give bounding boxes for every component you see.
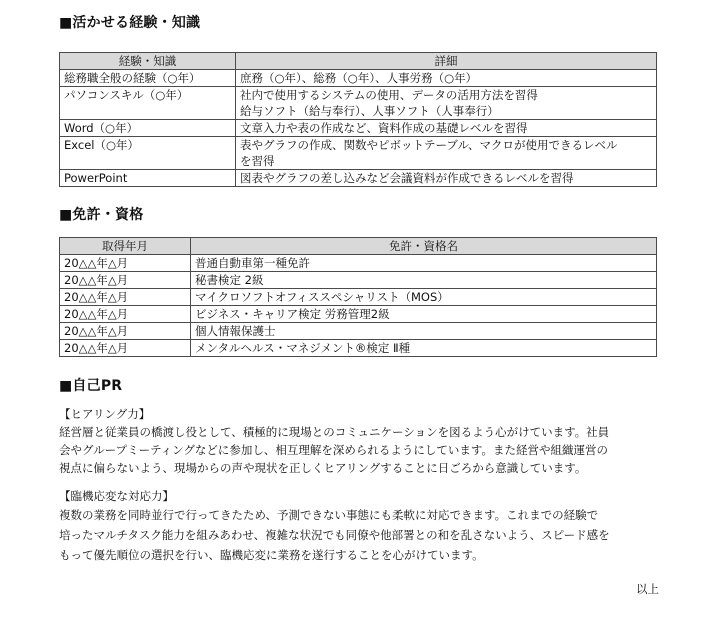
table-header-row: 取得年月 免許・資格名 xyxy=(60,238,657,255)
table-row: PowerPoint 図表やグラフの差し込みなど会議資料が作成できるレベルを習得 xyxy=(60,170,657,187)
table-row: 総務職全般の経験（○年） 庶務（○年）、総務（○年）、人事労務（○年） xyxy=(60,70,657,87)
license-table: 取得年月 免許・資格名 20△△年△月 普通自動車第一種免許 20△△年△月 秘… xyxy=(59,237,657,357)
license-name: 秘書検定 2級 xyxy=(191,272,657,289)
license-name: 普通自動車第一種免許 xyxy=(191,255,657,272)
skill-detail-line: 社内で使用するシステムの使用、データの活用方法を習得 xyxy=(240,87,652,103)
table-row: Word（○年） 文章入力や表の作成など、資料作成の基礎レベルを習得 xyxy=(60,120,657,137)
license-date: 20△△年△月 xyxy=(60,306,191,323)
pr-line: 複数の業務を同時並行で行ってきたため、予測できない事態にも柔軟に対応できます。こ… xyxy=(59,505,659,525)
skill-detail: 表やグラフの作成、関数やピボットテーブル、マクロが使用できるレベル を習得 xyxy=(236,137,657,170)
table-row: 20△△年△月 メンタルヘルス・マネジメント®検定 Ⅱ種 xyxy=(60,340,657,357)
skill-item: 総務職全般の経験（○年） xyxy=(60,70,236,87)
skills-table: 経験・知識 詳細 総務職全般の経験（○年） 庶務（○年）、総務（○年）、人事労務… xyxy=(59,52,657,187)
column-header: 詳細 xyxy=(236,53,657,70)
license-name: メンタルヘルス・マネジメント®検定 Ⅱ種 xyxy=(191,340,657,357)
skill-item: Word（○年） xyxy=(60,120,236,137)
pr-line: 培ったマルチタスク能力を組みあわせ、複雑な状況でも同僚や他部署との和を乱さないよ… xyxy=(59,525,659,545)
license-name: ビジネス・キャリア検定 労務管理2級 xyxy=(191,306,657,323)
closing-text: 以上 xyxy=(636,581,659,597)
skill-detail-line: 表やグラフの作成、関数やピボットテーブル、マクロが使用できるレベル xyxy=(240,137,652,153)
skill-item: パソコンスキル（○年） xyxy=(60,87,236,120)
skill-detail-line: を習得 xyxy=(240,153,652,169)
section-title-self-pr: ■自己PR xyxy=(59,375,122,395)
section-title-licenses: ■免許・資格 xyxy=(59,204,143,224)
license-name: 個人情報保護士 xyxy=(191,323,657,340)
pr-line: もって優先順位の選択を行い、臨機応変に業務を遂行することを心がけています。 xyxy=(59,545,659,565)
license-date: 20△△年△月 xyxy=(60,323,191,340)
skill-detail: 文章入力や表の作成など、資料作成の基礎レベルを習得 xyxy=(236,120,657,137)
column-header: 免許・資格名 xyxy=(191,238,657,255)
table-row: 20△△年△月 秘書検定 2級 xyxy=(60,272,657,289)
table-row: 20△△年△月 マイクロソフトオフィススペシャリスト（MOS） xyxy=(60,289,657,306)
pr-block-flexibility: 【臨機応変な対応力】 複数の業務を同時並行で行ってきたため、予測できない事態にも… xyxy=(59,487,659,565)
pr-line: 視点に偏らないよう、現場からの声や現状を正しくヒアリングすることに日ごろから意識… xyxy=(59,459,659,477)
license-date: 20△△年△月 xyxy=(60,289,191,306)
table-row: 20△△年△月 普通自動車第一種免許 xyxy=(60,255,657,272)
license-name: マイクロソフトオフィススペシャリスト（MOS） xyxy=(191,289,657,306)
table-header-row: 経験・知識 詳細 xyxy=(60,53,657,70)
pr-heading: 【ヒアリング力】 xyxy=(59,405,659,423)
pr-line: 経営層と従業員の橋渡し役として、積極的に現場とのコミュニケーションを図るよう心が… xyxy=(59,423,659,441)
table-row: Excel（○年） 表やグラフの作成、関数やピボットテーブル、マクロが使用できる… xyxy=(60,137,657,170)
skill-item: PowerPoint xyxy=(60,170,236,187)
skill-item: Excel（○年） xyxy=(60,137,236,170)
section-title-skills: ■活かせる経験・知識 xyxy=(59,12,200,32)
skill-detail: 図表やグラフの差し込みなど会議資料が作成できるレベルを習得 xyxy=(236,170,657,187)
skill-detail-line: 給与ソフト（給与奉行）、人事ソフト（人事奉行） xyxy=(240,103,652,119)
pr-block-hearing: 【ヒアリング力】 経営層と従業員の橋渡し役として、積極的に現場とのコミュニケーシ… xyxy=(59,405,659,477)
pr-heading: 【臨機応変な対応力】 xyxy=(59,487,659,505)
table-row: 20△△年△月 個人情報保護士 xyxy=(60,323,657,340)
table-row: 20△△年△月 ビジネス・キャリア検定 労務管理2級 xyxy=(60,306,657,323)
skill-detail: 庶務（○年）、総務（○年）、人事労務（○年） xyxy=(236,70,657,87)
license-date: 20△△年△月 xyxy=(60,272,191,289)
table-row: パソコンスキル（○年） 社内で使用するシステムの使用、データの活用方法を習得 給… xyxy=(60,87,657,120)
license-date: 20△△年△月 xyxy=(60,340,191,357)
license-date: 20△△年△月 xyxy=(60,255,191,272)
column-header: 経験・知識 xyxy=(60,53,236,70)
skill-detail: 社内で使用するシステムの使用、データの活用方法を習得 給与ソフト（給与奉行）、人… xyxy=(236,87,657,120)
pr-line: 会やグループミーティングなどに参加し、相互理解を深められるようにしています。また… xyxy=(59,441,659,459)
column-header: 取得年月 xyxy=(60,238,191,255)
